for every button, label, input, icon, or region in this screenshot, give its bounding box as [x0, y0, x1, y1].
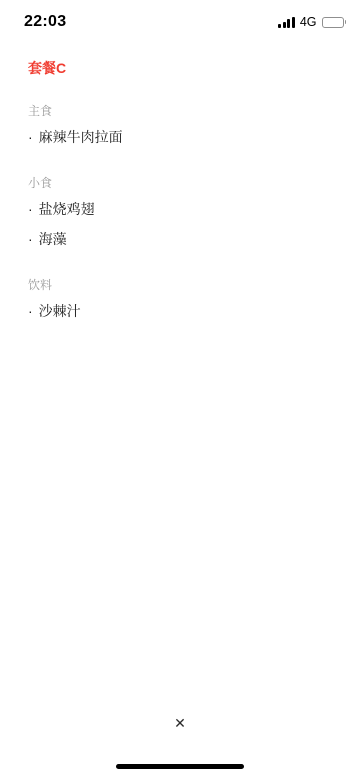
cellular-signal-icon	[278, 17, 295, 28]
bullet-icon: ·	[28, 201, 33, 218]
status-bar: 22:03 4G	[0, 0, 360, 44]
menu-item-label: 盐烧鸡翅	[39, 201, 95, 218]
menu-title: 套餐C	[28, 60, 332, 76]
bullet-icon: ·	[28, 129, 33, 146]
status-time: 22:03	[24, 13, 66, 31]
battery-icon	[322, 17, 347, 28]
menu-item-label: 麻辣牛肉拉面	[39, 129, 123, 146]
section-label: 饮料	[28, 278, 332, 292]
close-icon: ✕	[174, 715, 186, 732]
menu-item-label: 沙棘汁	[39, 303, 81, 320]
home-indicator[interactable]	[116, 764, 244, 769]
bullet-icon: ·	[28, 303, 33, 320]
menu-item: · 麻辣牛肉拉面	[28, 129, 332, 146]
section-staple-food: 主食 · 麻辣牛肉拉面	[28, 104, 332, 146]
menu-item: · 盐烧鸡翅	[28, 201, 332, 218]
section-drinks: 饮料 · 沙棘汁	[28, 278, 332, 320]
close-button[interactable]: ✕	[166, 710, 194, 736]
section-snacks: 小食 · 盐烧鸡翅 · 海藻	[28, 176, 332, 248]
menu-item-label: 海藻	[39, 231, 67, 248]
status-right-cluster: 4G	[278, 15, 346, 29]
section-label: 主食	[28, 104, 332, 118]
bullet-icon: ·	[28, 231, 33, 248]
menu-item: · 沙棘汁	[28, 303, 332, 320]
network-type-label: 4G	[300, 15, 317, 29]
section-label: 小食	[28, 176, 332, 190]
menu-item: · 海藻	[28, 231, 332, 248]
menu-content: 套餐C 主食 · 麻辣牛肉拉面 小食 · 盐烧鸡翅 · 海藻 饮料 · 沙棘汁	[0, 44, 360, 320]
menu-detail-screen: 22:03 4G 套餐C 主食 · 麻辣牛肉拉面 小食 · 盐烧鸡翅	[0, 0, 360, 778]
